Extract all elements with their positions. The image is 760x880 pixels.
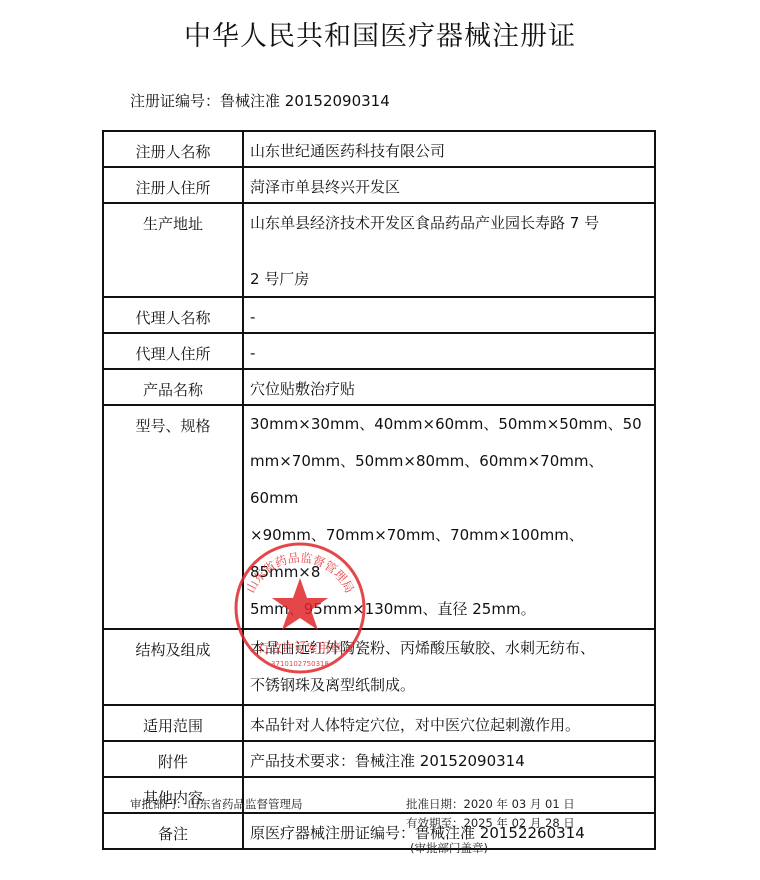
registration-number: 注册证编号：鲁械注准 20152090314 <box>130 90 390 111</box>
valid-until: 有效期至：2025 年 02 月 28 日 <box>406 815 575 831</box>
label: 结构及组成 <box>103 629 243 705</box>
certificate-table: 注册人名称 山东世纪通医药科技有限公司 注册人住所 菏泽市单县终兴开发区 生产地… <box>102 130 656 850</box>
row-model-spec: 型号、规格 30mm×30mm、40mm×60mm、50mm×50mm、50 m… <box>103 405 655 629</box>
row-agent-address: 代理人住所 - <box>103 333 655 369</box>
value: 本品由远红外陶瓷粉、丙烯酸压敏胶、水刺无纺布、 不锈钢珠及离型纸制成。 <box>243 629 655 705</box>
value: 穴位贴敷治疗贴 <box>243 369 655 405</box>
registration-number-label: 注册证编号： <box>130 92 220 110</box>
label: 产品名称 <box>103 369 243 405</box>
row-agent-name: 代理人名称 - <box>103 297 655 333</box>
approval-date: 批准日期：2020 年 03 月 01 日 <box>406 796 575 812</box>
seal-note: (审批部门盖章) <box>410 840 488 856</box>
label: 附件 <box>103 741 243 777</box>
value: 山东单县经济技术开发区食品药品产业园长寿路 7 号 2 号厂房 <box>243 203 655 297</box>
label: 生产地址 <box>103 203 243 297</box>
row-structure: 结构及组成 本品由远红外陶瓷粉、丙烯酸压敏胶、水刺无纺布、 不锈钢珠及离型纸制成… <box>103 629 655 705</box>
value: 本品针对人体特定穴位，对中医穴位起刺激作用。 <box>243 705 655 741</box>
approval-department: 审批部门：山东省药品监督管理局 <box>130 796 303 812</box>
row-attachment: 附件 产品技术要求：鲁械注准 20152090314 <box>103 741 655 777</box>
row-production-address: 生产地址 山东单县经济技术开发区食品药品产业园长寿路 7 号 2 号厂房 <box>103 203 655 297</box>
value: 山东世纪通医药科技有限公司 <box>243 131 655 167</box>
value: - <box>243 333 655 369</box>
registration-number-value: 鲁械注准 20152090314 <box>220 92 390 110</box>
row-registrant-address: 注册人住所 菏泽市单县终兴开发区 <box>103 167 655 203</box>
row-product-name: 产品名称 穴位贴敷治疗贴 <box>103 369 655 405</box>
value: - <box>243 297 655 333</box>
label: 型号、规格 <box>103 405 243 629</box>
value: 菏泽市单县终兴开发区 <box>243 167 655 203</box>
certificate-title: 中华人民共和国医疗器械注册证 <box>0 14 760 53</box>
label: 代理人名称 <box>103 297 243 333</box>
value: 30mm×30mm、40mm×60mm、50mm×50mm、50 mm×70mm… <box>243 405 655 629</box>
label: 代理人住所 <box>103 333 243 369</box>
value: 产品技术要求：鲁械注准 20152090314 <box>243 741 655 777</box>
row-scope: 适用范围 本品针对人体特定穴位，对中医穴位起刺激作用。 <box>103 705 655 741</box>
label: 备注 <box>103 813 243 849</box>
label: 注册人住所 <box>103 167 243 203</box>
label: 适用范围 <box>103 705 243 741</box>
row-registrant-name: 注册人名称 山东世纪通医药科技有限公司 <box>103 131 655 167</box>
label: 注册人名称 <box>103 131 243 167</box>
